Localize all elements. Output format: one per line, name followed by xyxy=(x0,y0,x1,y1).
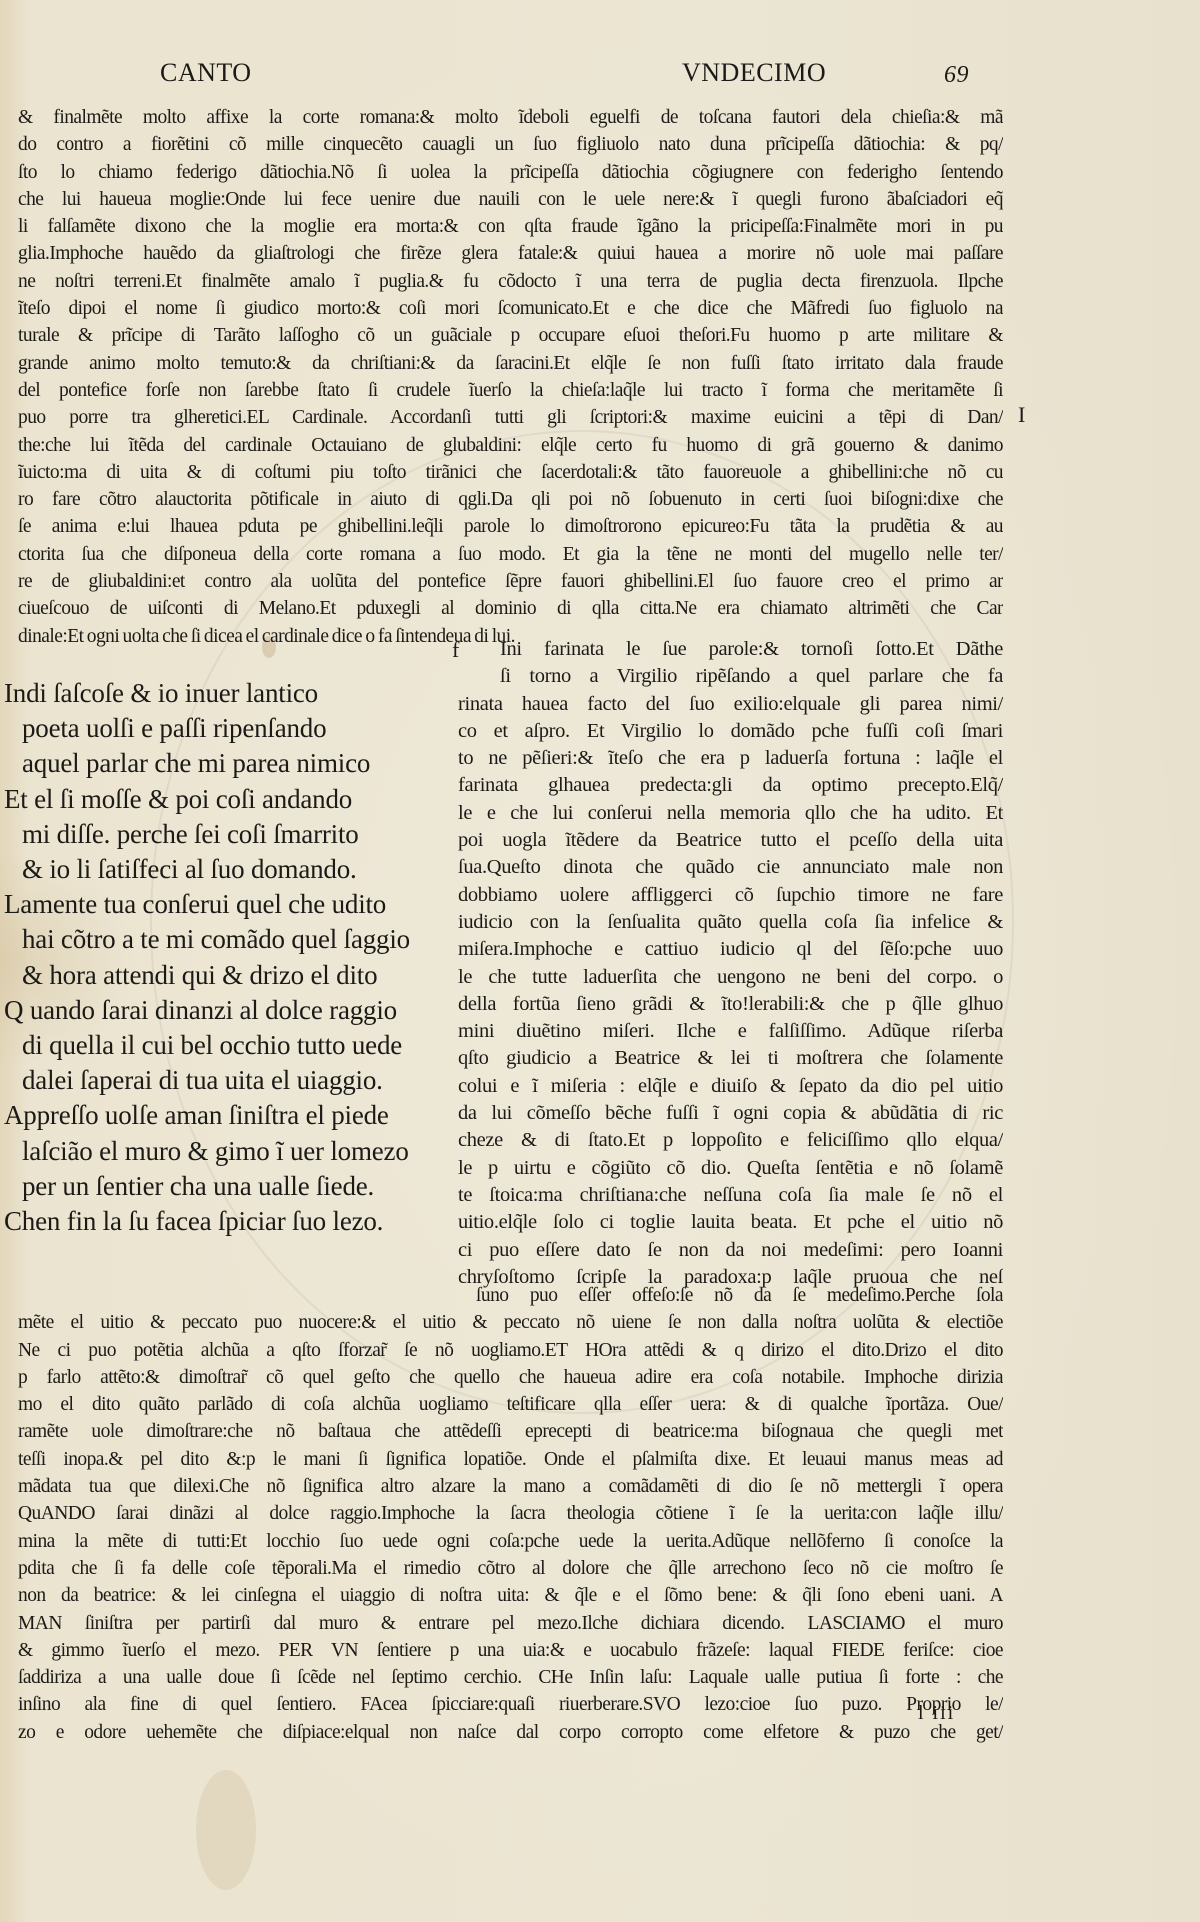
commentary-line: rinata hauea facto del ſuo exilio:elqual… xyxy=(458,691,1003,718)
prose-line: del pontefice forſe non ſarebbe ſtato ſi… xyxy=(18,377,1003,404)
prose-line: Ne ci puo potẽtia alchũa a qſto ſforzar̃… xyxy=(18,1337,1003,1364)
prose-line: che lui haueua moglie:Onde lui fece ueni… xyxy=(18,186,1003,213)
foxing-spot xyxy=(196,1770,256,1890)
prose-line: do contro a fiorẽtini cõ mille cinquecẽt… xyxy=(18,131,1003,158)
prose-line: mãdata tua que dilexi.Che nõ ſignifica a… xyxy=(18,1473,1003,1500)
verse-line: per un ſentier cha una ualle ſiede. xyxy=(4,1169,449,1204)
verse-line: laſcião el muro & gimo ĩ uer lomezo xyxy=(4,1134,449,1169)
prose-line: p farlo attẽto:& dimoſtrar̃ cõ quel geſt… xyxy=(18,1364,1003,1391)
verse-line: dalei ſaperai di tua uita el uiaggio. xyxy=(4,1063,449,1098)
commentary-line: le e che lui conſerui nella memoria qllo… xyxy=(458,800,1003,827)
prose-line: ramẽte uole dimoſtrare:che nõ baſtaua ch… xyxy=(18,1418,1003,1445)
prose-line: li falſamẽte dixono che la moglie era mo… xyxy=(18,213,1003,240)
prose-line: ne noſtri terreni.Et finalmẽte amalo ĩ p… xyxy=(18,268,1003,295)
verse-block: Indi ſaſcoſe & io inuer lantico poeta uo… xyxy=(4,676,449,1239)
header-ordinal: VNDECIMO xyxy=(682,58,826,88)
commentary-top-block: & finalmẽte molto affixe la corte romana… xyxy=(18,104,1003,650)
commentary-line: ſi torno a Virgilio ripẽſando a quel par… xyxy=(478,663,1003,690)
commentary-line: da lui cõmeſſo bẽche fuſſi ĩ ogni copia … xyxy=(458,1100,1003,1127)
prose-line: glia.Imphoche hauẽdo da gliaſtrologi che… xyxy=(18,240,1003,267)
verse-line: Indi ſaſcoſe & io inuer lantico xyxy=(4,676,449,711)
commentary-line: le p uirtu e cõgiũto cõ dio. Queſta ſent… xyxy=(458,1155,1003,1182)
prose-line: ſe anima e:lui lhauea pduta pe ghibellin… xyxy=(18,513,1003,540)
prose-line: pdita che ſi fa delle coſe tẽporali.Ma e… xyxy=(18,1555,1003,1582)
prose-line: ĩuicto:ma di uita & di coſtumi piu toſto… xyxy=(18,459,1003,486)
commentary-line: ſua.Queſto dinota che quãdo cie annuncia… xyxy=(458,854,1003,881)
prose-line: ro fare cõtro alauctorita põtificale in … xyxy=(18,486,1003,513)
prose-line: ciueſcouo de uiſconti di Melano.Et pduxe… xyxy=(18,595,1003,622)
prose-line: non da beatrice: & lei cinſegna el uiagg… xyxy=(18,1582,1003,1609)
verse-line: Appreſſo uolſe aman ſiniſtra el piede xyxy=(4,1098,449,1133)
guide-letter: f xyxy=(452,636,459,663)
verse-line: & hora attendi qui & drizo el dito xyxy=(4,958,449,993)
verse-line: & io li ſatiſfeci al ſuo domando. xyxy=(4,852,449,887)
margin-mark: I xyxy=(1018,402,1025,428)
commentary-line: le che tutte laduerſita che uengono ne b… xyxy=(458,964,1003,991)
commentary-line: mini diuẽtino miſeri. Ilche e falſiſſimo… xyxy=(458,1018,1003,1045)
commentary-line: dobbiamo uolere affliggerci cõ ſupchio t… xyxy=(458,882,1003,909)
verse-line: poeta uolſi e paſſi ripenſando xyxy=(4,711,449,746)
commentary-line: Ini farinata le ſue parole:& tornoſi ſot… xyxy=(478,636,1003,663)
prose-line: inſino ala fine di quel ſentiero. FAcea … xyxy=(18,1691,1003,1718)
prose-line: MAN ſiniſtra per partirſi dal muro & ent… xyxy=(18,1610,1003,1637)
prose-line: QuANDO ſarai dinãzi al dolce raggio.Imph… xyxy=(18,1500,1003,1527)
commentary-line: colui e ĩ miſeria : elq̃le e diuiſo & ſe… xyxy=(458,1073,1003,1100)
commentary-bottom-block: ſuno puo eſſer offeſo:ſe nõ da ſe medeſi… xyxy=(18,1282,1003,1746)
prose-line: mina la mẽte di tutti:Et locchio ſuo ued… xyxy=(18,1528,1003,1555)
commentary-line: to ne pẽſieri:& ĩteſo che era p laduerſa… xyxy=(458,745,1003,772)
commentary-line: te ſtoica:ma chriſtiana:che neſſuna coſa… xyxy=(458,1182,1003,1209)
prose-line: puo porre tra glheretici.EL Cardinale. A… xyxy=(18,404,1003,431)
verse-line: Q uando ſarai dinanzi al dolce raggio xyxy=(4,993,449,1028)
prose-line: ſto lo chiamo federigo dãtiochia.Nõ ſi u… xyxy=(18,159,1003,186)
prose-line: ſuno puo eſſer offeſo:ſe nõ da ſe medeſi… xyxy=(18,1282,1003,1309)
commentary-line: farinata glhauea predecta:gli da optimo … xyxy=(458,772,1003,799)
prose-line: ĩteſo dipoi el nome ſi giudico morto:& c… xyxy=(18,295,1003,322)
verse-line: Lamente tua conſerui quel che udito xyxy=(4,887,449,922)
commentary-line: cheze & di ſtato.Et p loppoſito e felici… xyxy=(458,1127,1003,1154)
prose-line: teſſi inopa.& pel dito &:p le mani ſi ſi… xyxy=(18,1446,1003,1473)
commentary-line: poi uogla ĩtẽdere da Beatrice tutto el p… xyxy=(458,827,1003,854)
commentary-line: miſera.Imphoche e cattiuo iudicio ql del… xyxy=(458,936,1003,963)
prose-line: re de gliubaldini:et contro ala uolũta d… xyxy=(18,568,1003,595)
commentary-line: ci puo eſſere dato ſe non da noi medeſim… xyxy=(458,1237,1003,1264)
prose-line: the:che lui ĩtẽda del cardinale Octauian… xyxy=(18,432,1003,459)
prose-line: & gimmo ĩuerſo el mezo. PER VN ſentiere … xyxy=(18,1637,1003,1664)
prose-line: zo e odore uehemẽte che diſpiace:elqual … xyxy=(18,1719,1003,1746)
prose-line: turale & prĩcipe di Tarãto laſſogho cõ u… xyxy=(18,322,1003,349)
commentary-line: della fortũa ſieno grãdi & ĩto!lerabili:… xyxy=(458,991,1003,1018)
verse-line: Chen fin la ſu facea ſpiciar ſuo lezo. xyxy=(4,1204,449,1239)
verse-line: hai cõtro a te mi comãdo quel ſaggio xyxy=(4,922,449,957)
commentary-line: qſto giudicio a Beatrice & lei ti moſtre… xyxy=(458,1045,1003,1072)
commentary-opening: Ini farinata le ſue parole:& tornoſi ſot… xyxy=(458,636,1003,691)
running-header: CANTO VNDECIMO 69 xyxy=(0,58,1200,98)
prose-line: & finalmẽte molto affixe la corte romana… xyxy=(18,104,1003,131)
commentary-line: iudicio con la ſenſualita quãto quella c… xyxy=(458,909,1003,936)
commentary-line: uitio.elq̃le ſolo ci toglie lauita beata… xyxy=(458,1209,1003,1236)
book-page: CANTO VNDECIMO 69 & finalmẽte molto affi… xyxy=(0,0,1200,1922)
verse-line: mi diſſe. perche ſei coſi ſmarrito xyxy=(4,817,449,852)
verse-line: aquel parlar che mi parea nimico xyxy=(4,746,449,781)
folio-number: 69 xyxy=(944,62,969,89)
prose-line: ſaddiriza a una ualle doue ſi ſcẽde nel … xyxy=(18,1664,1003,1691)
prose-line: grande animo molto temuto:& da chriſtian… xyxy=(18,350,1003,377)
prose-line: mẽte el uitio & peccato puo nuocere:& el… xyxy=(18,1309,1003,1336)
header-canto: CANTO xyxy=(160,58,252,88)
verse-line: di quella il cui bel occhio tutto uede xyxy=(4,1028,449,1063)
verse-line: Et el ſi moſſe & poi coſi andando xyxy=(4,782,449,817)
commentary-column: f Ini farinata le ſue parole:& tornoſi ſ… xyxy=(458,636,1003,1291)
prose-line: ctorita ſua che diſponeua della corte ro… xyxy=(18,541,1003,568)
signature-mark: l iii xyxy=(918,1702,955,1725)
prose-line: mo el dito quãto parlãdo di coſa alchũa … xyxy=(18,1391,1003,1418)
commentary-line: co et aſpro. Et Virgilio lo domãdo pche … xyxy=(458,718,1003,745)
